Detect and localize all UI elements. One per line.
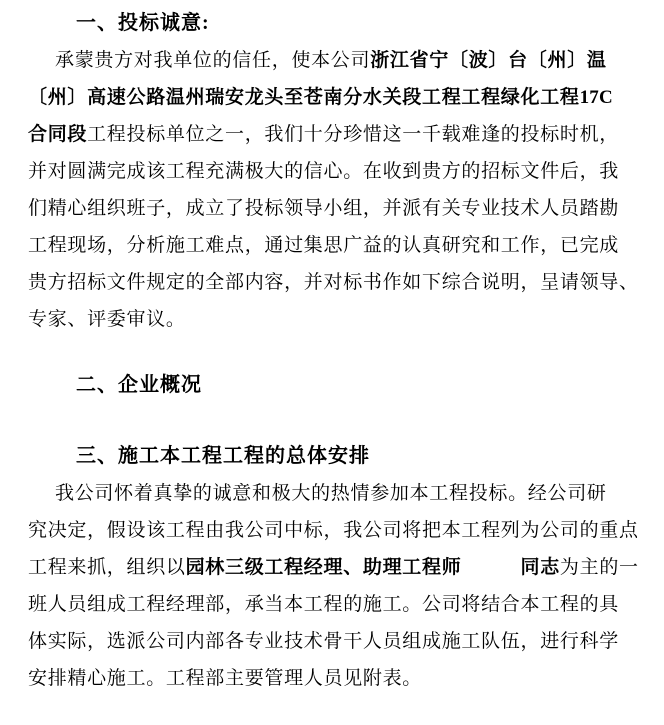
text-run: 为主的一 (560, 557, 639, 578)
text-line: 工程来抓，组织以园林三级工程经理、助理工程师 同志为主的一 (28, 549, 640, 586)
text-run: 承蒙贵方对我单位的信任，使本公司 (55, 50, 370, 71)
text-run: 工程现场，分析施工难点，通过集思广益的认真研究和工作，已完成 (28, 235, 619, 256)
text-line: 班人员组成工程经理部，承当本工程的施工。公司将结合本工程的具 (28, 586, 640, 623)
section-heading-3: 三、施工本工程工程的总体安排 (28, 438, 640, 475)
text-line: 工程现场，分析施工难点，通过集思广益的认真研究和工作，已完成 (28, 227, 640, 264)
bold-text-run: 合同段 (28, 124, 87, 145)
document-page: 一、投标诚意:承蒙贵方对我单位的信任，使本公司浙江省宁〔波〕台〔州〕温〔州〕高速… (0, 0, 664, 725)
text-line: 体实际，选派公司内部各专业技术骨干人员组成施工队伍，进行科学 (28, 623, 640, 660)
text-line: 并对圆满完成该工程充满极大的信心。在收到贵方的招标文件后，我 (28, 153, 640, 190)
text-run: 究决定，假设该工程由我公司中标，我公司将把本工程列为公司的重点 (28, 520, 639, 541)
text-line: 专家、评委审议。 (28, 301, 640, 338)
bold-text-run: 〔州〕高速公路温州瑞安龙头至苍南分水关段工程工程绿化工程 (28, 87, 580, 108)
paragraph-2: 我公司怀着真挚的诚意和极大的热情参加本工程投标。经公司研究决定，假设该工程由我公… (28, 475, 640, 697)
text-line: 〔州〕高速公路温州瑞安龙头至苍南分水关段工程工程绿化工程17C (28, 79, 640, 116)
text-line: 们精心组织班子，成立了投标领导小组，并派有关专业技术人员踏勘 (28, 190, 640, 227)
text-run: 工程来抓，组织以 (28, 557, 186, 578)
text-run: 并对圆满完成该工程充满极大的信心。在收到贵方的招标文件后，我 (28, 161, 619, 182)
bold-text-run: 17C (580, 87, 613, 108)
document-content: 一、投标诚意:承蒙贵方对我单位的信任，使本公司浙江省宁〔波〕台〔州〕温〔州〕高速… (28, 0, 640, 697)
text-run: 工程投标单位之一，我们十分珍惜这一千载难逢的投标时机， (87, 124, 619, 145)
text-run: 安排精心施工。工程部主要管理人员见附表。 (28, 668, 422, 689)
text-line: 贵方招标文件规定的全部内容，并对标书作如下综合说明，呈请领导、 (28, 264, 640, 301)
text-run: 们精心组织班子，成立了投标领导小组，并派有关专业技术人员踏勘 (28, 198, 619, 219)
bold-text-run: 浙江省宁〔波〕台〔州〕温 (370, 50, 606, 71)
text-line: 合同段工程投标单位之一，我们十分珍惜这一千载难逢的投标时机， (28, 116, 640, 153)
section-heading-1: 一、投标诚意: (28, 5, 640, 42)
text-line: 承蒙贵方对我单位的信任，使本公司浙江省宁〔波〕台〔州〕温 (28, 42, 640, 79)
text-line: 安排精心施工。工程部主要管理人员见附表。 (28, 660, 640, 697)
paragraph-1: 承蒙贵方对我单位的信任，使本公司浙江省宁〔波〕台〔州〕温〔州〕高速公路温州瑞安龙… (28, 42, 640, 338)
text-line: 我公司怀着真挚的诚意和极大的热情参加本工程投标。经公司研 (28, 475, 640, 512)
text-run: 贵方招标文件规定的全部内容，并对标书作如下综合说明，呈请领导、 (28, 272, 639, 293)
text-line: 究决定，假设该工程由我公司中标，我公司将把本工程列为公司的重点 (28, 512, 640, 549)
text-run: 体实际，选派公司内部各专业技术骨干人员组成施工队伍，进行科学 (28, 631, 619, 652)
text-run: 班人员组成工程经理部，承当本工程的施工。公司将结合本工程的具 (28, 594, 619, 615)
text-run: 我公司怀着真挚的诚意和极大的热情参加本工程投标。经公司研 (55, 483, 607, 504)
text-run: 专家、评委审议。 (28, 309, 186, 330)
section-heading-2: 二、企业概况 (28, 367, 640, 404)
bold-text-run: 园林三级工程经理、助理工程师 同志 (186, 557, 560, 578)
